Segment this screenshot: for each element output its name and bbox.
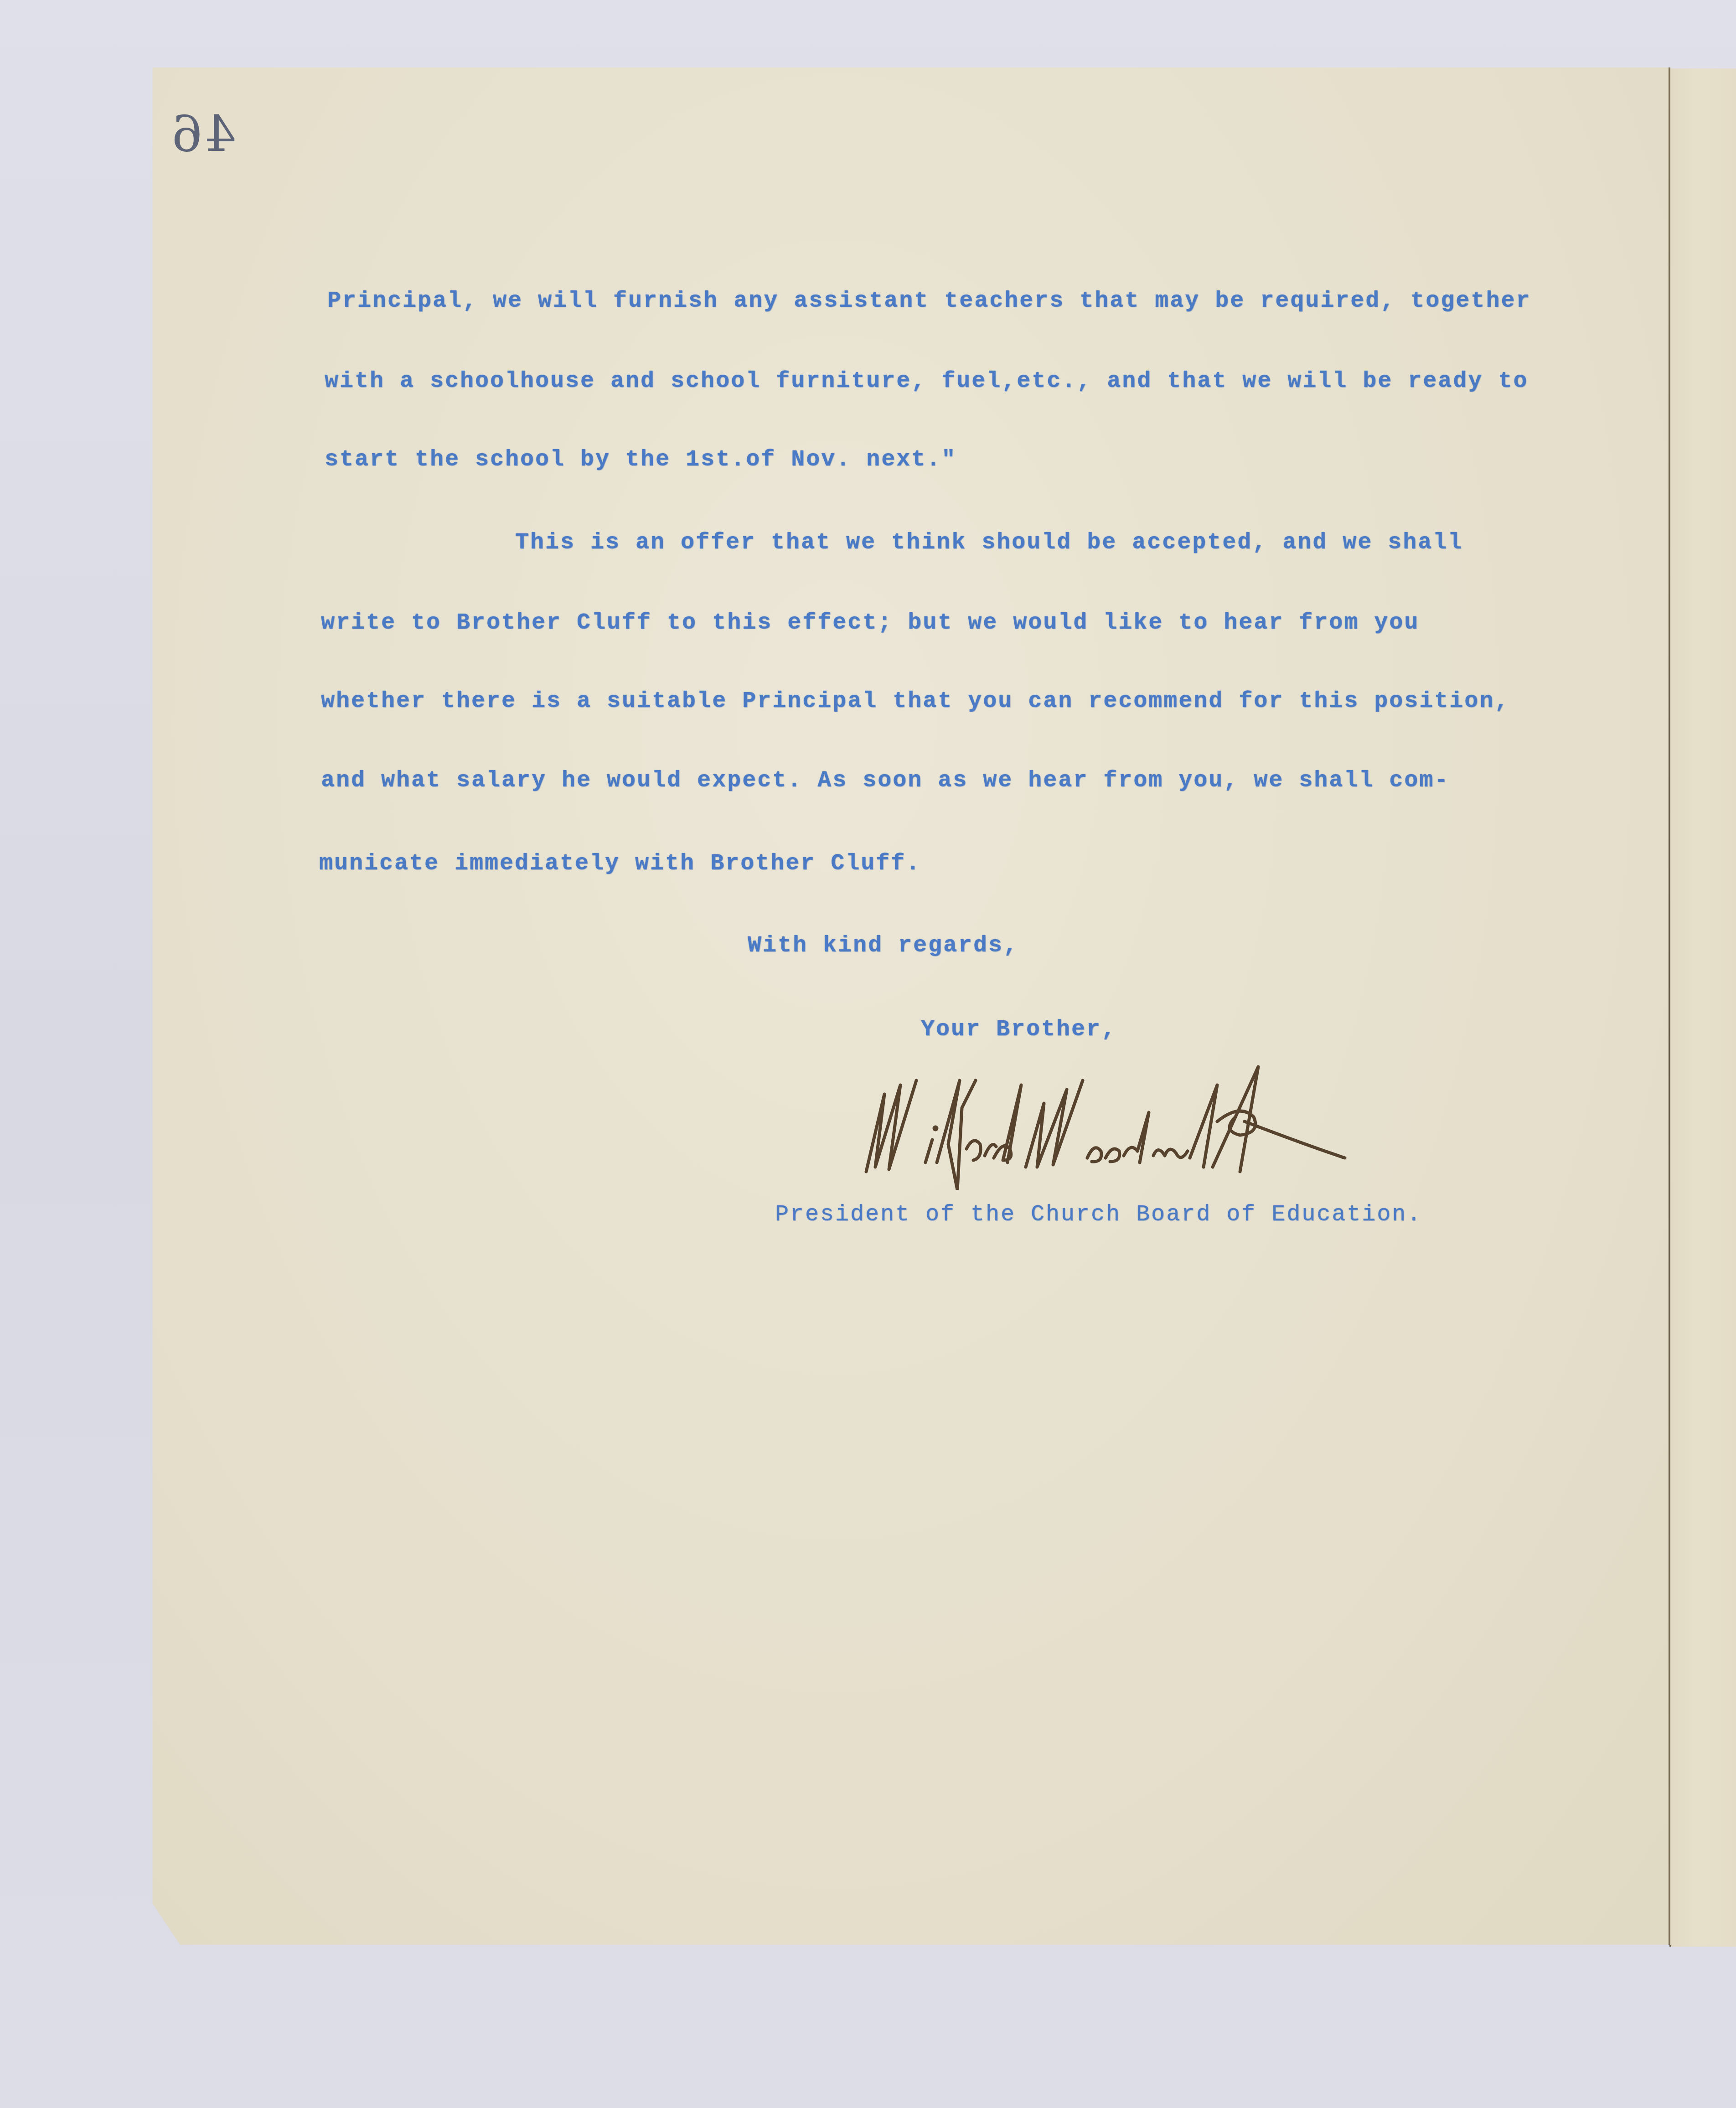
- salutation-line: Your Brother,: [921, 1017, 1116, 1043]
- body-line-4: This is an offer that we think should be…: [515, 530, 1463, 556]
- body-line-8: municate immediately with Brother Cluff.: [319, 851, 921, 877]
- handwritten-signature: [857, 1053, 1568, 1190]
- letter-page: [153, 67, 1671, 1945]
- page-fold-crease: [1669, 67, 1670, 1945]
- body-line-6: whether there is a suitable Principal th…: [321, 688, 1509, 714]
- body-line-7: and what salary he would expect. As soon…: [321, 768, 1449, 794]
- adjacent-page-edge: [1669, 68, 1736, 1947]
- body-line-3: start the school by the 1st.of Nov. next…: [325, 447, 956, 473]
- body-line-2: with a schoolhouse and school furniture,…: [325, 368, 1528, 394]
- page-number: 46: [170, 106, 236, 163]
- closing-line: With kind regards,: [748, 933, 1018, 959]
- body-line-1: Principal, we will furnish any assistant…: [327, 288, 1531, 314]
- signature-title: President of the Church Board of Educati…: [775, 1202, 1422, 1228]
- body-line-5: write to Brother Cluff to this effect; b…: [321, 610, 1419, 636]
